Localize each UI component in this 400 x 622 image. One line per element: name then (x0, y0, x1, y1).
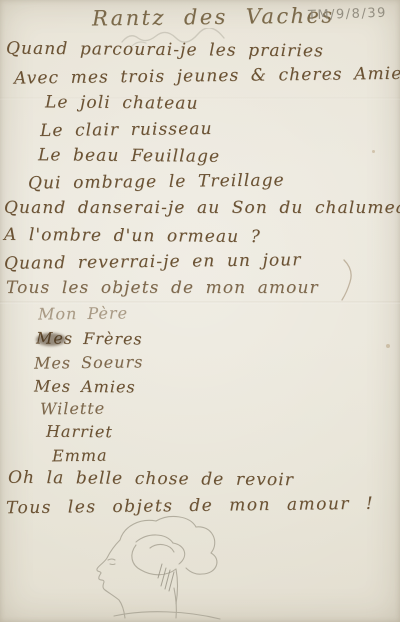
manuscript-page: Rantz des Vaches TM/9/8/39 Quand parcour… (0, 0, 400, 622)
paper-crease (0, 97, 400, 100)
archival-reference: TM/9/8/39 (308, 6, 387, 24)
manuscript-title: Rantz des Vaches (92, 4, 335, 31)
manuscript-line: Emma (52, 446, 108, 466)
manuscript-line: Quand parcourai-je les prairies (6, 39, 324, 62)
manuscript-line: Quand danserai-je au Son du chalumeau (4, 198, 400, 218)
manuscript-line: Le joli chateau (45, 92, 199, 113)
manuscript-line: Quand reverrai-je en un jour (4, 250, 302, 274)
ink-blot-overwrite (36, 333, 66, 346)
manuscript-line: Tous les objets de mon amour (6, 278, 319, 298)
manuscript-line: Le beau Feuillage (38, 145, 220, 167)
manuscript-line: Le clair ruisseau (40, 119, 213, 141)
manuscript-line: Harriet (46, 422, 113, 442)
manuscript-line: A l'ombre d'un ormeau ? (4, 225, 261, 247)
manuscript-line: Oh la belle chose de revoir (8, 468, 294, 490)
manuscript-line: Mes Amies (34, 377, 136, 397)
manuscript-line: Mes Soeurs (34, 352, 144, 372)
paper-crease (0, 301, 400, 304)
manuscript-line: Qui ombrage le Treillage (28, 170, 285, 193)
pencil-profile-head-sketch (66, 512, 238, 622)
manuscript-line: Mon Père (38, 303, 128, 323)
margin-stroke-icon (338, 258, 358, 304)
foxing-speck (218, 288, 220, 291)
foxing-speck (330, 78, 332, 80)
manuscript-line: Wilette (40, 399, 105, 419)
foxing-speck (386, 344, 390, 348)
foxing-speck (372, 150, 375, 153)
manuscript-line: Avec mes trois jeunes & cheres Amies ? (14, 63, 400, 88)
